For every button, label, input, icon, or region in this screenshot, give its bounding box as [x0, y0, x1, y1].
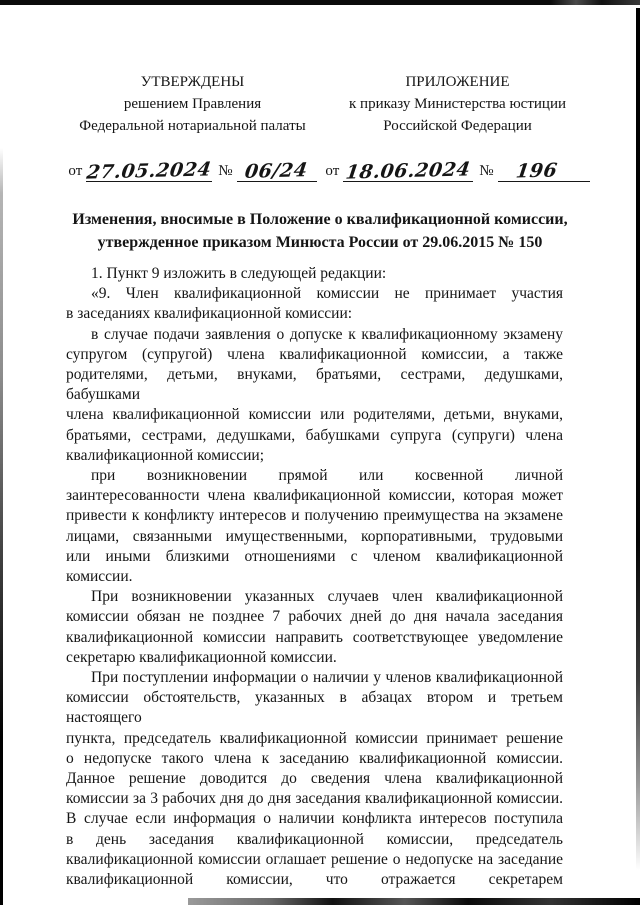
annex-line-2: к приказу Министерства юстиции [325, 93, 590, 115]
body-line: в случае подачи заявления о допуске к кв… [66, 325, 563, 345]
annex-line-3: Российской Федерации [325, 115, 590, 137]
body-paragraph: «9. Член квалификационной комиссии не пр… [66, 284, 563, 324]
body-line: пункта, председатель квалификационной ко… [66, 729, 563, 749]
body-line: о недопуске такого члена к заседанию ква… [66, 749, 563, 769]
body-line: члена квалификационной комиссии или роди… [66, 405, 563, 425]
body-line: комиссии обстоятельств, указанных в абза… [66, 688, 563, 728]
body-line: привести к конфликту интересов и получен… [66, 506, 563, 526]
document-title-line-1: Изменения, вносимые в Положение о квалиф… [58, 208, 582, 231]
body-line: комиссии за 3 рабочих дня до дня заседан… [66, 789, 563, 809]
body-paragraph: при возникновении прямой или косвенной л… [66, 466, 563, 587]
document-page: УТВЕРЖДЕНЫ решением Правления Федерально… [0, 0, 640, 905]
body-line: при возникновении прямой или косвенной л… [66, 466, 563, 486]
approval-date-value: 27.05.2024 [86, 159, 213, 183]
approval-block: УТВЕРЖДЕНЫ решением Правления Федерально… [60, 71, 325, 182]
approval-line-2: решением Правления [60, 93, 325, 115]
document-title-line-2: утвержденное приказом Минюста России от … [58, 231, 582, 254]
body-line: квалификационной комиссии оглашает решен… [66, 850, 563, 870]
body-line: заинтересованности члена квалификационно… [66, 486, 563, 506]
approval-date-slot: 27.05.2024 [86, 153, 212, 182]
body-line: лицами, связанными имущественными, корпо… [66, 527, 563, 547]
body-line: «9. Член квалификационной комиссии не пр… [66, 284, 563, 304]
approval-date-prefix: от [68, 161, 86, 182]
body-line: При поступлении информации о наличии у ч… [66, 668, 563, 688]
body-line: в заседаниях квалификационной комиссии: [66, 304, 563, 324]
body-line: В случае если информация о наличии конфл… [66, 809, 563, 829]
approval-number-slot: 06/24 [237, 153, 317, 182]
scan-edge-left [0, 148, 3, 905]
body-line: комиссии обязан не позднее 7 рабочих дне… [66, 607, 563, 627]
body-paragraph: в случае подачи заявления о допуске к кв… [66, 325, 563, 466]
body-line: 1. Пункт 9 изложить в следующей редакции… [66, 264, 563, 284]
body-line: квалификационной комиссии направить соот… [66, 628, 563, 648]
annex-number-prefix: № [473, 161, 497, 182]
approval-date-row: от 27.05.2024 № 06/24 [60, 153, 325, 182]
annex-number-value: 196 [515, 160, 559, 182]
body-paragraph: При поступлении информации о наличии у ч… [66, 668, 563, 890]
document-header: УТВЕРЖДЕНЫ решением Правления Федерально… [0, 0, 640, 182]
document-body: 1. Пункт 9 изложить в следующей редакции… [66, 264, 563, 890]
body-line: родителями, детьми, внуками, братьями, с… [66, 365, 563, 405]
body-paragraph: 1. Пункт 9 изложить в следующей редакции… [66, 264, 563, 284]
body-line: квалификационной комиссии; [66, 446, 563, 466]
body-line: в день заседания квалификационной комисс… [66, 830, 563, 850]
approval-number-prefix: № [212, 161, 236, 182]
annex-number-slot: 196 [498, 153, 590, 182]
approval-number-value: 06/24 [244, 160, 309, 183]
body-paragraph: При возникновении указанных случаев член… [66, 587, 563, 668]
body-line: братьями, сестрами, дедушками, бабушками… [66, 426, 563, 446]
annex-date-prefix: от [325, 161, 343, 182]
annex-line-1: ПРИЛОЖЕНИЕ [325, 71, 590, 93]
body-line: супругом (супругой) члена квалификационн… [66, 345, 563, 365]
body-line: секретарю квалификационной комиссии. [66, 648, 563, 668]
body-line: Данное решение доводится до сведения чле… [66, 769, 563, 789]
scan-edge-right [636, 8, 640, 870]
body-line: или иными близкими отношениями с членом … [66, 547, 563, 587]
approval-line-3: Федеральной нотариальной палаты [60, 115, 325, 137]
annex-date-row: от 18.06.2024 № 196 [325, 153, 590, 182]
body-line: квалификационной комиссии, что отражаетс… [66, 870, 563, 890]
scan-edge-top [0, 0, 640, 5]
document-title: Изменения, вносимые в Положение о квалиф… [58, 208, 582, 254]
body-line: При возникновении указанных случаев член… [66, 587, 563, 607]
annex-date-slot: 18.06.2024 [343, 153, 473, 182]
approval-line-1: УТВЕРЖДЕНЫ [60, 71, 325, 93]
scan-edge-bottom [188, 898, 640, 905]
annex-date-value: 18.06.2024 [345, 159, 472, 183]
annex-block: ПРИЛОЖЕНИЕ к приказу Министерства юстици… [325, 71, 590, 182]
